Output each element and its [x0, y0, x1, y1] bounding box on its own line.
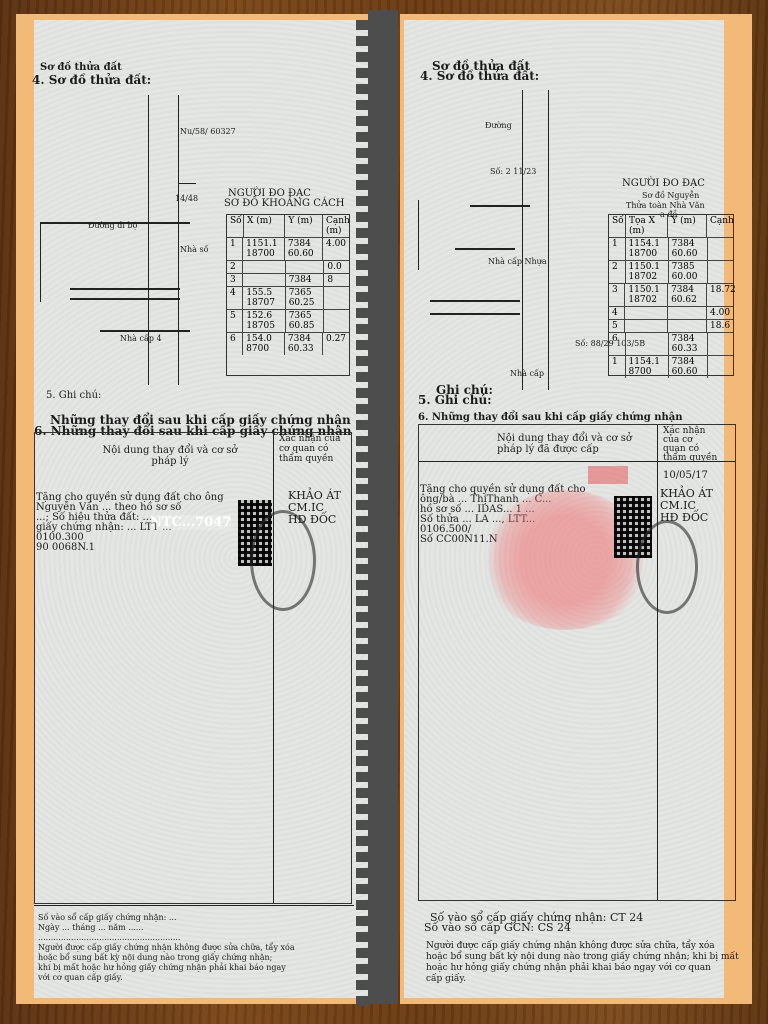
spine-binding-tooth [356, 500, 370, 510]
right-section5-heading-2: 5. Ghi chú: [418, 394, 492, 407]
text-line: cấp giấy. [426, 975, 466, 985]
spine-binding-tooth [356, 788, 370, 798]
right-coordinate-table: SốTọa X (m)Y (m)Cạnh11154.118700738460.6… [608, 214, 734, 376]
spine-binding-tooth [356, 324, 370, 334]
text-line: hoặc bổ sung bất kỳ nội dung nào trong g… [38, 954, 272, 963]
spine-binding-tooth [356, 164, 370, 174]
spine-binding-tooth [356, 996, 370, 1006]
table-cell [707, 238, 733, 260]
table-row: 21150.118702738560.00 [609, 260, 733, 283]
spine-binding-tooth [356, 868, 370, 878]
table-cell [707, 333, 733, 355]
text-line: Ngày ... tháng ... năm ...... [38, 924, 144, 933]
text-line: hoặc hư hỏng giấy chứng nhận phải khai b… [426, 964, 711, 974]
left-coord-title-2: SƠ ĐỒ KHOẢNG CÁCH [224, 198, 344, 209]
spine-binding-tooth [356, 340, 370, 350]
table-cell: 1154.18700 [625, 356, 668, 378]
table-cell [242, 274, 284, 286]
right-official-stamp [636, 520, 698, 614]
spine-binding-tooth [356, 68, 370, 78]
table-row: 373848 [227, 273, 349, 286]
spine-binding-tooth [356, 436, 370, 446]
table-row: 518.6 [609, 319, 733, 332]
spine-binding-tooth [356, 564, 370, 574]
table-row: 6154.08700738460.330.27 [227, 332, 349, 355]
table-cell: 6 [227, 333, 242, 355]
text-line: ........................................… [38, 934, 180, 943]
table-header: SốX (m)Y (m)Cạnh (m) [227, 215, 349, 237]
table-row: 5152.618705736560.85 [227, 309, 349, 332]
plot-label: Nu/58/ 60327 [180, 128, 236, 137]
table-cell: 738560.00 [668, 261, 707, 283]
spine-binding-tooth [356, 660, 370, 670]
text-line: HĐ ĐỐC [288, 514, 336, 526]
left-coordinate-table: SốX (m)Y (m)Cạnh (m)11151.118700738460.6… [226, 214, 350, 376]
table-cell: 155.518707 [242, 287, 284, 309]
spine-binding-tooth [356, 180, 370, 190]
spine-binding-tooth [356, 52, 370, 62]
changes-header-authority: Xác nhận của cơ quan có thẩm quyền [279, 435, 349, 465]
table-header: SốTọa X (m)Y (m)Cạnh [609, 215, 733, 237]
table-cell [624, 307, 667, 319]
spine-binding-tooth [356, 708, 370, 718]
table-cell: 738460.33 [668, 333, 707, 355]
table-cell: 738460.60 [668, 356, 707, 378]
table-cell: 4 [227, 287, 242, 309]
table-cell: 4.00 [706, 307, 733, 319]
spine-binding-tooth [356, 132, 370, 142]
text-line: hoặc bổ sung bất kỳ nội dung nào trong g… [426, 953, 739, 963]
left-section5-heading: 5. Ghi chú: [46, 390, 101, 401]
header-cell: Cạnh [706, 215, 733, 237]
table-cell [625, 333, 668, 355]
table-cell: 4 [609, 307, 624, 319]
spine-binding-tooth [356, 452, 370, 462]
spine-binding-tooth [356, 612, 370, 622]
table-cell: 7384 [285, 274, 324, 286]
plot-label: Nhà cấp [510, 370, 544, 379]
table-cell [667, 320, 706, 332]
text-line: khi bị mất hoặc hư hỏng giấy chứng nhận … [38, 964, 286, 973]
spine-binding-tooth [356, 548, 370, 558]
table-cell: 152.618705 [242, 310, 284, 332]
spine-binding-tooth [356, 212, 370, 222]
table-row: 11154.118700738460.60 [609, 237, 733, 260]
table-cell: 736560.25 [285, 287, 324, 309]
table-cell: 738460.60 [668, 238, 707, 260]
red-mark [588, 466, 628, 484]
table-cell: 1151.118700 [242, 238, 284, 260]
spine-binding-tooth [356, 964, 370, 974]
table-cell: 2 [227, 261, 242, 273]
text-line: 90 0068N.1 [36, 542, 95, 553]
table-cell: 3 [609, 284, 624, 306]
header-cell: Y (m) [284, 215, 322, 237]
spine-binding-tooth [356, 772, 370, 782]
table-cell: 738460.60 [284, 238, 322, 260]
right-section6-heading: 6. Những thay đổi sau khi cấp giấy chứng… [418, 412, 683, 423]
booklet-spine [368, 10, 398, 1004]
header-cell: X (m) [243, 215, 284, 237]
table-cell: 1150.118702 [624, 284, 667, 306]
spine-binding-tooth [356, 116, 370, 126]
spine-binding-tooth [356, 628, 370, 638]
table-row: 4155.518707736560.25 [227, 286, 349, 309]
table-row: 6738460.33 [609, 332, 733, 355]
left-section4-heading-2: 4. Sơ đồ thửa đất: [32, 74, 151, 87]
table-cell [323, 310, 349, 332]
text-line: Người được cấp giấy chứng nhận không đượ… [426, 942, 715, 952]
spine-binding-tooth [356, 260, 370, 270]
spine-binding-tooth [356, 372, 370, 382]
table-cell: 1150.118702 [625, 261, 668, 283]
spine-binding-tooth [356, 84, 370, 94]
spine-binding-tooth [356, 692, 370, 702]
table-cell [707, 356, 733, 378]
table-cell: 1 [609, 238, 625, 260]
table-cell [667, 307, 706, 319]
spine-binding-tooth [356, 740, 370, 750]
changes-header-content-1: Nội dung thay đổi và cơ sở [497, 433, 632, 444]
spine-binding-tooth [356, 36, 370, 46]
table-cell [707, 261, 733, 283]
table-cell [624, 320, 667, 332]
header-cell: Y (m) [667, 215, 706, 237]
spine-binding-tooth [356, 196, 370, 206]
spine-binding-tooth [356, 852, 370, 862]
spine-binding-tooth [356, 468, 370, 478]
spine-binding-tooth [356, 404, 370, 414]
table-cell: 5 [227, 310, 242, 332]
right-section4-heading-2: 4. Sơ đồ thửa đất: [420, 70, 539, 83]
table-cell: 18.6 [706, 320, 733, 332]
spine-binding-tooth [356, 596, 370, 606]
table-cell: 1 [227, 238, 242, 260]
spine-binding-tooth [356, 916, 370, 926]
spine-binding-tooth [356, 532, 370, 542]
text-line: thẩm quyền [663, 454, 717, 464]
right-coord-title-1: NGƯỜI ĐO ĐẠC [622, 178, 705, 189]
table-cell: 154.08700 [242, 333, 284, 355]
table-row: 31150.118702738460.6218.72 [609, 283, 733, 306]
spine-binding-tooth [356, 484, 370, 494]
table-cell: 3 [227, 274, 242, 286]
table-cell [285, 261, 324, 273]
plot-label: 14/48 [175, 195, 198, 204]
table-cell: 736560.85 [285, 310, 324, 332]
table-cell [242, 261, 284, 273]
spine-binding-tooth [356, 356, 370, 366]
change-date: 10/05/17 [663, 470, 708, 481]
table-cell: 738460.33 [284, 333, 322, 355]
header-cell: Tọa X (m) [625, 215, 667, 237]
header-cell: Số [227, 215, 243, 237]
spine-binding-tooth [356, 100, 370, 110]
spine-binding-tooth [356, 948, 370, 958]
plot-label: Nhà số [180, 246, 208, 255]
table-cell: 6 [609, 333, 625, 355]
spine-binding-tooth [356, 292, 370, 302]
table-row: 11151.118700738460.604.00 [227, 237, 349, 260]
plot-label: Số: 2 11/23 [490, 168, 536, 177]
spine-binding-tooth [356, 836, 370, 846]
spine-binding-tooth [356, 724, 370, 734]
right-footer-heading-2: Số vào sổ cấp GCN: CS 24 [424, 922, 571, 934]
plot-label: Nhà cấp 4 [120, 335, 162, 344]
spine-binding-tooth [356, 804, 370, 814]
header-cell: Số [609, 215, 625, 237]
spine-binding-tooth [356, 900, 370, 910]
plot-label: Đường đi bộ [88, 222, 137, 231]
plot-label: Nhà cấp Nhựa [488, 258, 547, 267]
table-cell: 1 [609, 356, 625, 378]
table-cell: 8 [323, 274, 349, 286]
spine-binding-tooth [356, 420, 370, 430]
spine-binding-tooth [356, 148, 370, 158]
text-line: HĐ ĐỐC [660, 512, 708, 524]
table-cell: 738460.62 [667, 284, 706, 306]
spine-binding-tooth [356, 676, 370, 686]
left-section4-heading-1: Sơ đồ thửa đất [40, 62, 122, 73]
spine-binding-tooth [356, 932, 370, 942]
changes-header-content: Nội dung thay đổi và cơ sở pháp lý [95, 445, 245, 467]
table-cell: 2 [609, 261, 625, 283]
text-line: Số vào sổ cấp giấy chứng nhận: ... [38, 914, 177, 923]
spine-binding-tooth [356, 308, 370, 318]
spine-binding-tooth [356, 244, 370, 254]
spine-binding-tooth [356, 644, 370, 654]
text-line: với cơ quan cấp giấy. [38, 974, 123, 983]
spine-binding-tooth [356, 820, 370, 830]
spine-binding-tooth [356, 276, 370, 286]
table-cell: 0.0 [323, 261, 349, 273]
left-overlay-id: NTC...7047 [150, 515, 231, 530]
table-row: 20.0 [227, 260, 349, 273]
table-cell: 5 [609, 320, 624, 332]
left-divider [34, 905, 354, 906]
changes-header-content-2: pháp lý đã được cấp [497, 444, 599, 455]
table-cell: 18.72 [706, 284, 733, 306]
plot-label: Đường [485, 122, 512, 131]
text-line: Người được cấp giấy chứng nhận không đượ… [38, 944, 295, 953]
spine-binding-tooth [356, 884, 370, 894]
table-row: 44.00 [609, 306, 733, 319]
spine-binding-tooth [356, 228, 370, 238]
spine-binding-tooth [356, 980, 370, 990]
table-row: 11154.18700738460.60 [609, 355, 733, 378]
table-cell: 1154.118700 [625, 238, 668, 260]
spine-binding-tooth [356, 388, 370, 398]
table-cell [323, 287, 349, 309]
table-cell: 4.00 [322, 238, 349, 260]
header-cell: Cạnh (m) [322, 215, 349, 237]
spine-binding-tooth [356, 516, 370, 526]
table-cell: 0.27 [322, 333, 349, 355]
spine-binding-tooth [356, 20, 370, 30]
right-coord-title-2: Sơ đồ Nguyễn [642, 192, 699, 201]
spine-binding-tooth [356, 580, 370, 590]
spine-binding-tooth [356, 756, 370, 766]
